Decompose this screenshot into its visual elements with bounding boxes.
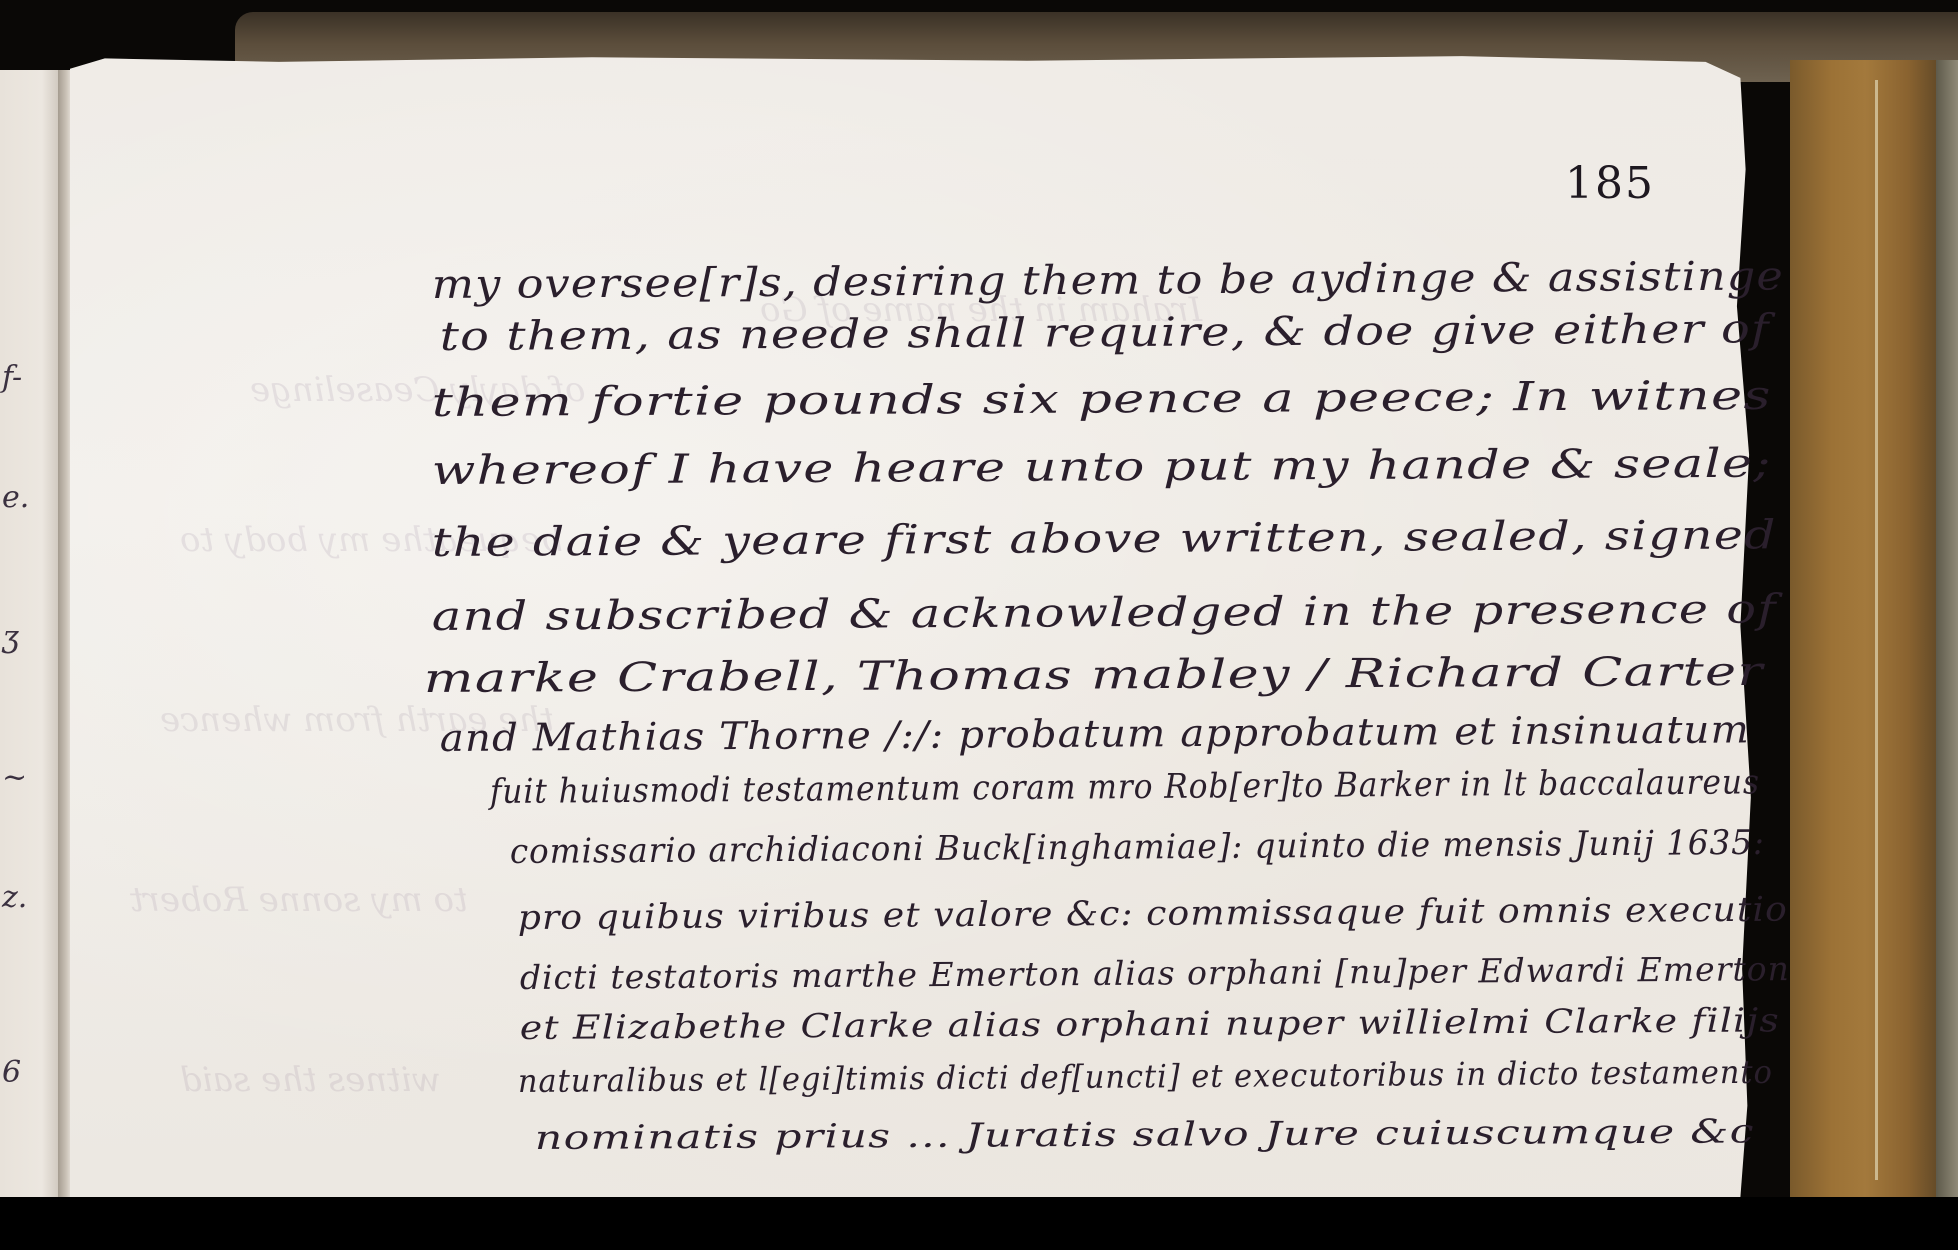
manuscript-line: nominatis prius ... Juratis salvo Jure c… bbox=[535, 1111, 1755, 1157]
facing-page-fragment: 6 bbox=[2, 1055, 21, 1090]
book-gutter bbox=[58, 70, 72, 1197]
manuscript-line: and subscribed & acknowledged in the pre… bbox=[432, 586, 1777, 640]
manuscript-photo: f-e.ʒ~z.6 Iraham in the name of Goof day… bbox=[0, 0, 1958, 1250]
bottom-black-band bbox=[0, 1197, 1958, 1250]
book-binding-leather bbox=[1790, 60, 1958, 1197]
manuscript-line: whereof I have heare unto put my hande &… bbox=[432, 441, 1772, 494]
binding-fold-line bbox=[1875, 80, 1878, 1180]
manuscript-line: my oversee[r]s, desiring them to be aydi… bbox=[432, 254, 1784, 308]
manuscript-line: pro quibus viribus et valore &c: commiss… bbox=[518, 890, 1788, 938]
facing-page-fragment: z. bbox=[2, 880, 27, 915]
manuscript-line: to them, as neede shall require, & doe g… bbox=[440, 306, 1770, 360]
facing-page-strip: f-e.ʒ~z.6 bbox=[0, 70, 60, 1197]
binding-edge bbox=[1936, 60, 1958, 1197]
bleed-through-line: witnes the said bbox=[180, 1060, 441, 1100]
bleed-through-line: to my sonne Robert bbox=[130, 880, 468, 920]
manuscript-line: marke Crabell, Thomas mabley / Richard C… bbox=[424, 649, 1764, 702]
manuscript-line: and Mathias Thorne /:/: probatum approba… bbox=[440, 707, 1750, 760]
facing-page-fragment: e. bbox=[2, 480, 29, 515]
manuscript-line: them fortie pounds six pence a peece; In… bbox=[432, 373, 1772, 426]
manuscript-line: the daie & yeare first above written, se… bbox=[432, 512, 1777, 566]
facing-page-fragment: ʒ bbox=[2, 620, 19, 655]
facing-page-fragments: f-e.ʒ~z.6 bbox=[0, 70, 60, 1197]
facing-page-fragment: f- bbox=[2, 360, 22, 395]
facing-page-fragment: ~ bbox=[2, 760, 27, 795]
page-number: 185 bbox=[1565, 158, 1655, 209]
manuscript-line: et Elizabethe Clarke alias orphani nuper… bbox=[520, 1000, 1780, 1047]
